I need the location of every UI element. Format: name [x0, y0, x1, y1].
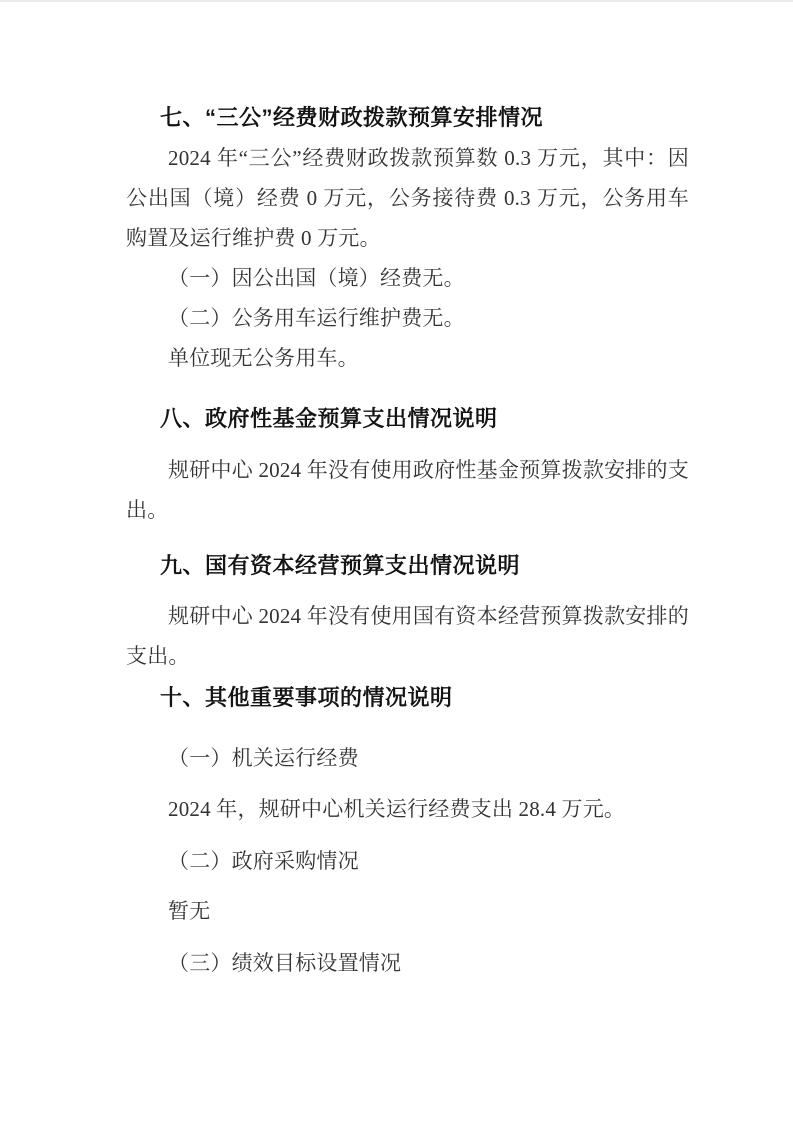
paragraph-state-capital-statement: 规研中心 2024 年没有使用国有资本经营预算拨款安排的支出。 [126, 596, 689, 676]
paragraph-sub-3-performance-targets: （三）绩效目标设置情况 [126, 943, 689, 983]
page-top-edge [0, 0, 793, 2]
paragraph-operating-expense-amount: 2024 年，规研中心机关运行经费支出 28.4 万元。 [126, 789, 689, 829]
paragraph-sub-1-agency-operating-funds: （一）机关运行经费 [126, 738, 689, 778]
heading-section-7-three-public-funds: 七、“三公”经费财政拨款预算安排情况 [126, 98, 689, 138]
document-body: 七、“三公”经费财政拨款预算安排情况 2024 年“三公”经费财政拨款预算数 0… [0, 0, 793, 983]
heading-section-8-government-fund-budget: 八、政府性基金预算支出情况说明 [126, 399, 689, 439]
paragraph-item-2-vehicle-maintenance: （二）公务用车运行维护费无。 [126, 298, 689, 338]
document-page: 七、“三公”经费财政拨款预算安排情况 2024 年“三公”经费财政拨款预算数 0… [0, 0, 793, 1122]
heading-section-10-other-important-matters: 十、其他重要事项的情况说明 [126, 678, 689, 718]
paragraph-three-public-budget-summary: 2024 年“三公”经费财政拨款预算数 0.3 万元，其中：因公出国（境）经费 … [126, 138, 689, 258]
paragraph-sub-2-government-procurement: （二）政府采购情况 [126, 841, 689, 881]
paragraph-no-official-vehicles: 单位现无公务用车。 [126, 338, 689, 378]
paragraph-item-1-overseas-trips: （一）因公出国（境）经费无。 [126, 258, 689, 298]
paragraph-none-for-now: 暂无 [126, 891, 689, 931]
paragraph-government-fund-statement: 规研中心 2024 年没有使用政府性基金预算拨款安排的支出。 [126, 450, 689, 530]
heading-section-9-state-capital-budget: 九、国有资本经营预算支出情况说明 [126, 546, 689, 586]
